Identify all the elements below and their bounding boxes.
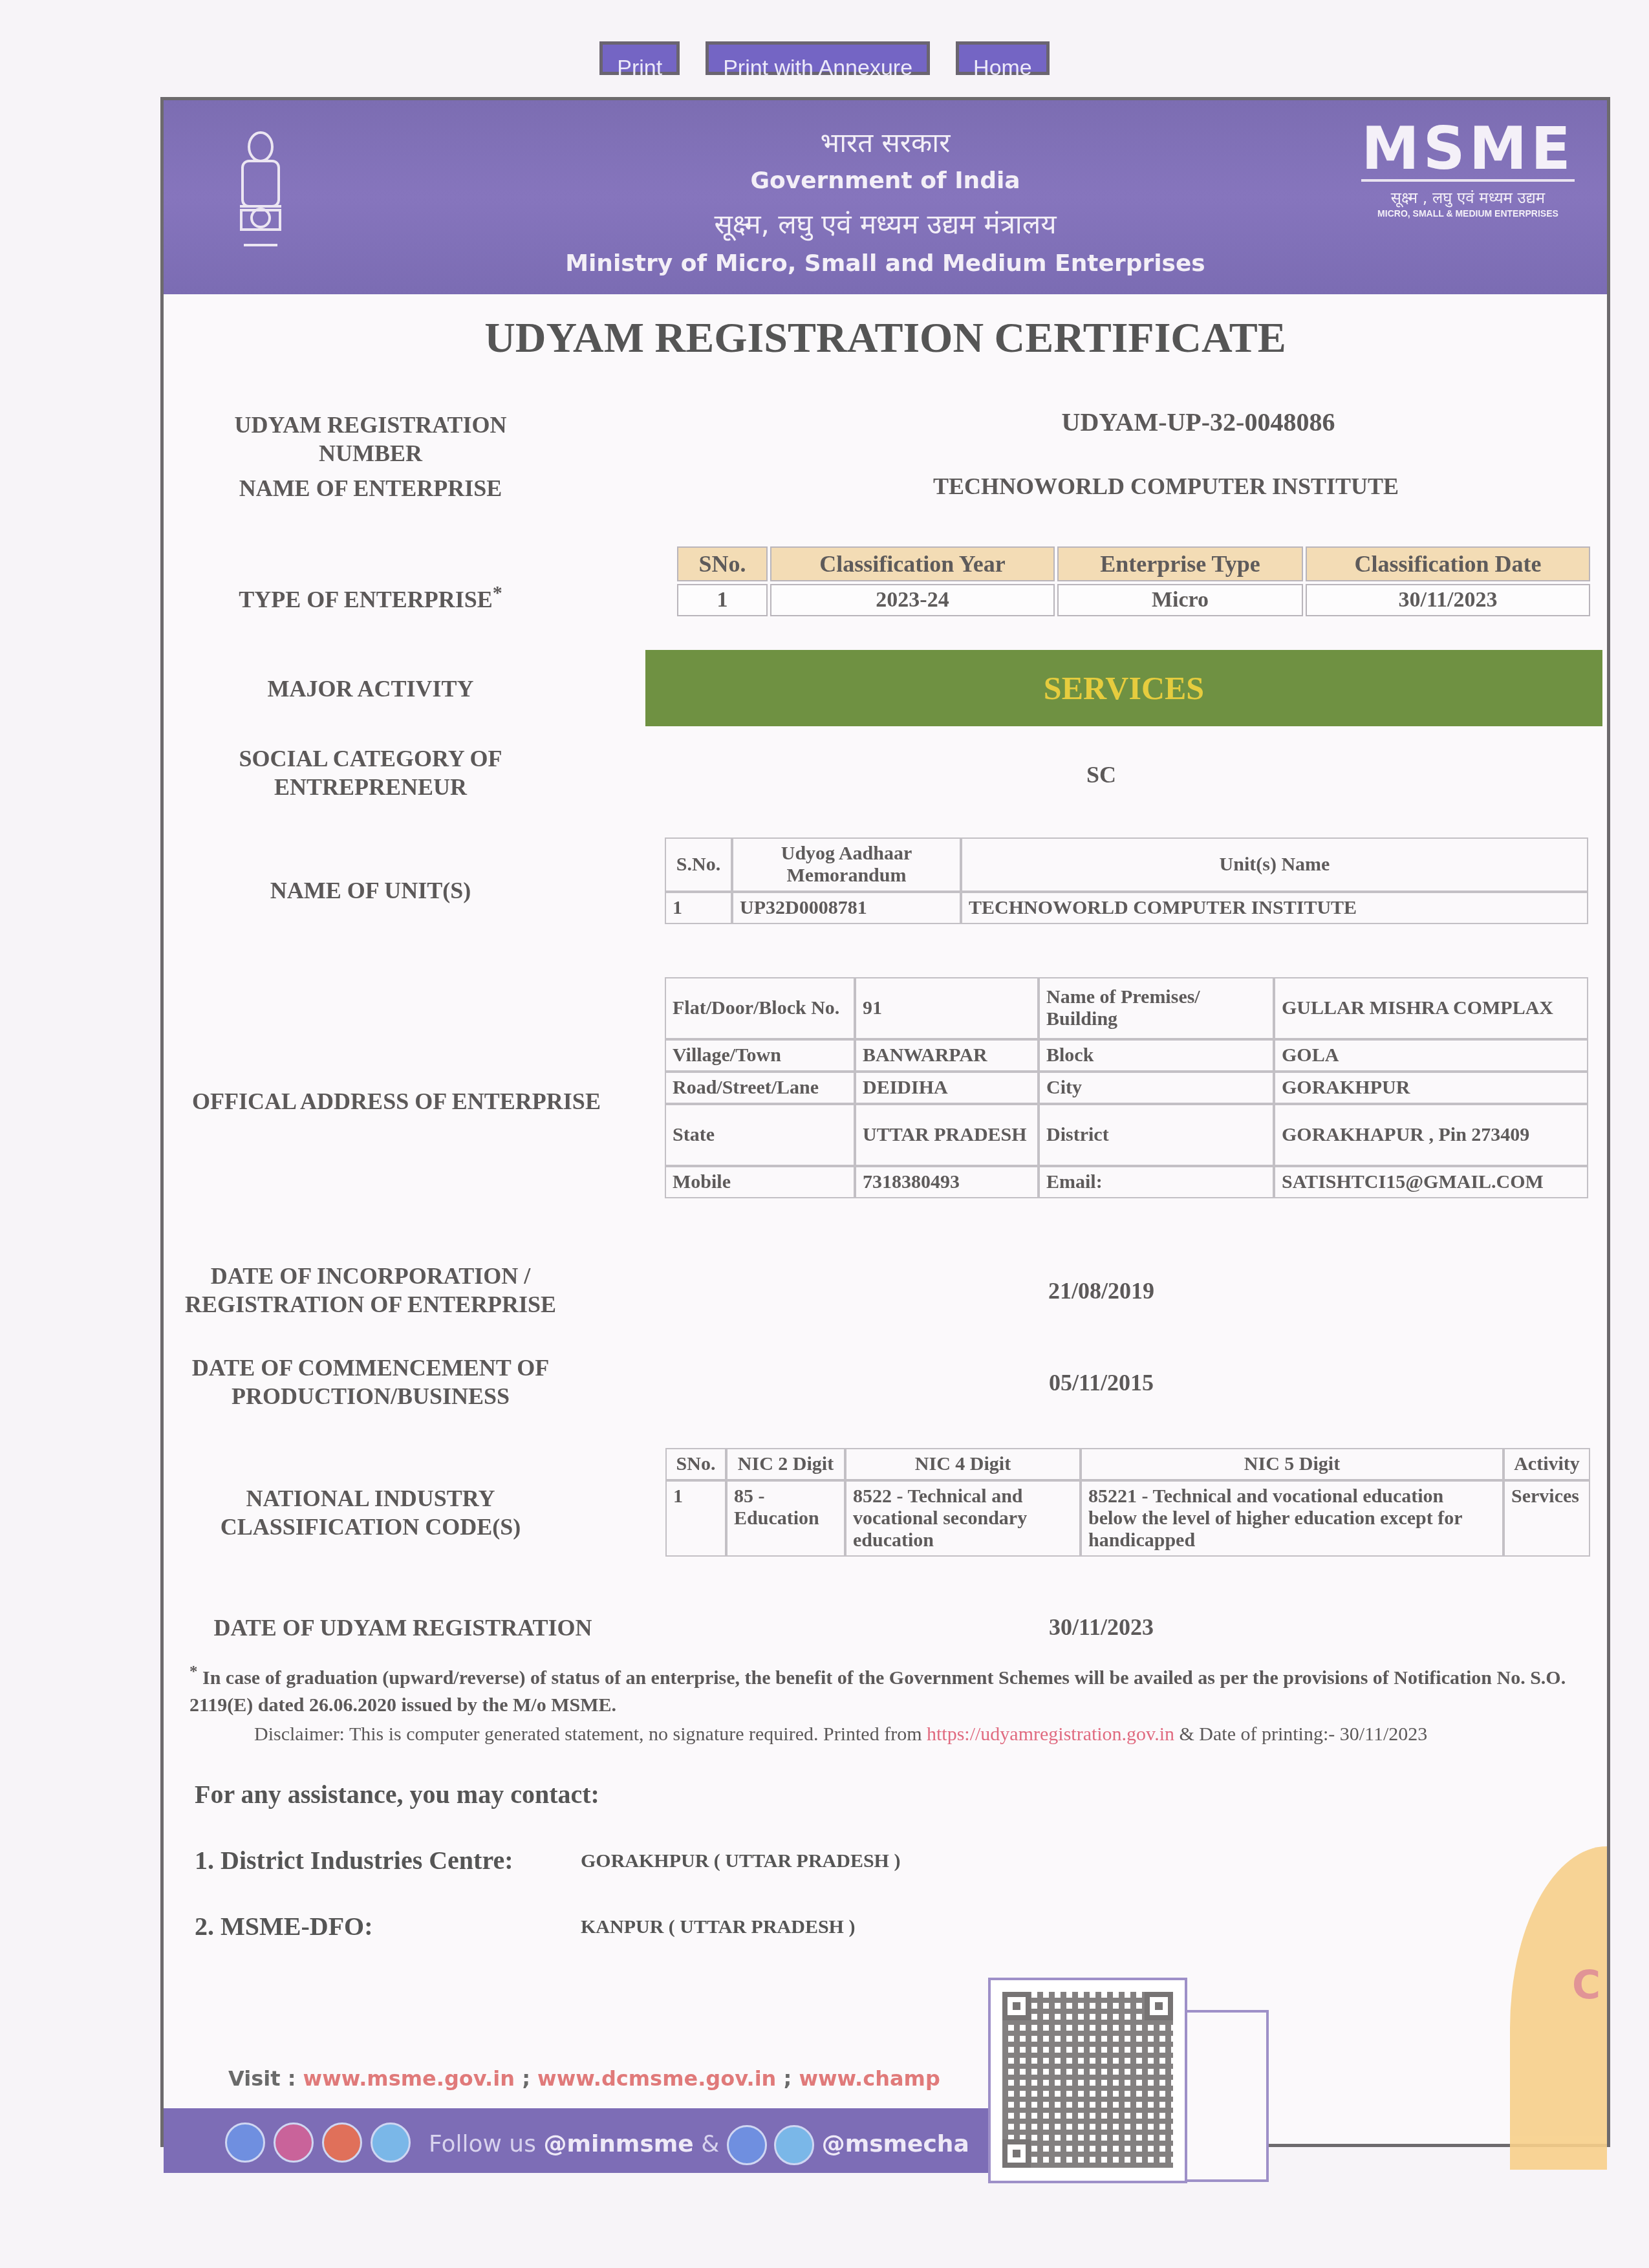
major-activity-value: SERVICES — [645, 650, 1602, 726]
cell: Mobile — [665, 1166, 855, 1198]
table-row: Road/Street/Lane DEIDIHA City GORAKHPUR — [665, 1072, 1588, 1104]
certificate: भारत सरकार Government of India सूक्ष्म, … — [160, 97, 1610, 2147]
cell: 85 - Education — [726, 1480, 845, 1557]
label-line: DATE OF INCORPORATION / — [183, 1262, 558, 1290]
udyam-date-label: DATE OF UDYAM REGISTRATION — [183, 1614, 623, 1642]
column-header: Udyog Aadhaar Memorandum — [732, 837, 961, 892]
cell: GULLAR MISHRA COMPLAX — [1274, 977, 1588, 1039]
cell: 30/11/2023 — [1306, 584, 1590, 616]
table-row: State UTTAR PRADESH District GORAKHAPUR … — [665, 1104, 1588, 1166]
table-header-row: S.No. Udyog Aadhaar Memorandum Unit(s) N… — [665, 837, 1588, 892]
cell: Email: — [1039, 1166, 1274, 1198]
cell: GOLA — [1274, 1039, 1588, 1072]
social-category-value: SC — [1004, 761, 1198, 788]
champions-link[interactable]: www.champ — [799, 2066, 940, 2091]
nic-label: NATIONAL INDUSTRY CLASSIFICATION CODE(S) — [183, 1484, 558, 1541]
commencement-label: DATE OF COMMENCEMENT OF PRODUCTION/BUSIN… — [183, 1354, 558, 1410]
disclaimer: Disclaimer: This is computer generated s… — [254, 1723, 1427, 1745]
cell: UP32D0008781 — [732, 892, 961, 924]
dic-label: 1. District Industries Centre: — [195, 1845, 513, 1875]
twitter-icon[interactable] — [371, 2122, 411, 2163]
cell: 91 — [855, 977, 1039, 1039]
classification-table: SNo. Classification Year Enterprise Type… — [674, 544, 1593, 619]
commencement-value: 05/11/2015 — [1004, 1369, 1198, 1396]
column-header: NIC 4 Digit — [845, 1448, 1081, 1480]
label-line: PRODUCTION/BUSINESS — [183, 1382, 558, 1410]
units-label: NAME OF UNIT(S) — [183, 876, 558, 905]
note-asterisk: * — [189, 1663, 198, 1681]
cell: District — [1039, 1104, 1274, 1166]
dcmsme-link[interactable]: www.dcmsme.gov.in — [537, 2066, 776, 2091]
table-row: Village/Town BANWARPAR Block GOLA — [665, 1039, 1588, 1072]
msme-logo: MSME सूक्ष्म , लघु एवं मध्यम उद्यम MICRO… — [1361, 124, 1575, 219]
column-header: Activity — [1503, 1448, 1590, 1480]
handle-minmsme[interactable]: @minmsme — [543, 2131, 693, 2157]
qr-frame-side — [1182, 2010, 1269, 2182]
decorative-letter: C — [1572, 1963, 1600, 2008]
visit-links: Visit : www.msme.gov.in ; www.dcmsme.gov… — [228, 2066, 940, 2091]
major-activity-label: MAJOR ACTIVITY — [183, 675, 558, 703]
dfo-value: KANPUR ( UTTAR PRADESH ) — [581, 1916, 855, 1938]
print-button[interactable]: Print — [599, 41, 680, 75]
cell: GORAKHPUR — [1274, 1072, 1588, 1104]
table-row: 1 2023-24 Micro 30/11/2023 — [677, 584, 1590, 616]
label-line: NATIONAL INDUSTRY — [183, 1484, 558, 1513]
handle-msmechampions[interactable]: @msmecha — [822, 2131, 969, 2157]
facebook-icon[interactable] — [225, 2122, 265, 2163]
column-header: NIC 5 Digit — [1081, 1448, 1503, 1480]
table-row: 1 85 - Education 8522 - Technical and vo… — [665, 1480, 1590, 1557]
column-header: NIC 2 Digit — [726, 1448, 845, 1480]
msme-link[interactable]: www.msme.gov.in — [303, 2066, 515, 2091]
column-header: Enterprise Type — [1057, 546, 1303, 581]
cell: Road/Street/Lane — [665, 1072, 855, 1104]
cell: 2023-24 — [770, 584, 1055, 616]
label-line: SOCIAL CATEGORY OF — [183, 744, 558, 773]
follow-prefix: Follow us — [429, 2131, 543, 2157]
incorporation-label: DATE OF INCORPORATION / REGISTRATION OF … — [183, 1262, 558, 1319]
youtube-icon[interactable] — [322, 2122, 362, 2163]
type-label: TYPE OF ENTERPRISE* — [183, 579, 558, 614]
social-category-label: SOCIAL CATEGORY OF ENTREPRENEUR — [183, 744, 558, 801]
cell: Village/Town — [665, 1039, 855, 1072]
cell: Services — [1503, 1480, 1590, 1557]
decorative-graphic: C — [1510, 1846, 1607, 2170]
dfo-label: 2. MSME-DFO: — [195, 1911, 373, 1941]
cell: City — [1039, 1072, 1274, 1104]
follow-amp: & — [694, 2131, 727, 2157]
reg-number-label: UDYAM REGISTRATION NUMBER — [183, 411, 558, 468]
enterprise-name-value: TECHNOWORLD COMPUTER INSTITUTE — [810, 473, 1522, 500]
table-row: Mobile 7318380493 Email: SATISHTCI15@GMA… — [665, 1166, 1588, 1198]
label-line: CLASSIFICATION CODE(S) — [183, 1513, 558, 1541]
table-header-row: SNo. NIC 2 Digit NIC 4 Digit NIC 5 Digit… — [665, 1448, 1590, 1480]
cell: Block — [1039, 1039, 1274, 1072]
dic-value: GORAKHPUR ( UTTAR PRADESH ) — [581, 1850, 900, 1872]
home-button[interactable]: Home — [956, 41, 1050, 75]
cell: State — [665, 1104, 855, 1166]
assistance-heading: For any assistance, you may contact: — [195, 1779, 599, 1809]
cell: 1 — [665, 892, 732, 924]
msme-logo-mark: MSME — [1361, 124, 1575, 182]
cell: SATISHTCI15@GMAIL.COM — [1274, 1166, 1588, 1198]
column-header: SNo. — [677, 546, 768, 581]
cell: DEIDIHA — [855, 1072, 1039, 1104]
ministry-text: Ministry of Micro, Small and Medium Ente… — [164, 250, 1607, 277]
cell: TECHNOWORLD COMPUTER INSTITUTE — [961, 892, 1588, 924]
column-header: Classification Date — [1306, 546, 1590, 581]
cell: Flat/Door/Block No. — [665, 977, 855, 1039]
cell: Name of Premises/ Building — [1039, 977, 1274, 1039]
nic-table: SNo. NIC 2 Digit NIC 4 Digit NIC 5 Digit… — [665, 1448, 1590, 1557]
column-header: S.No. — [665, 837, 732, 892]
msme-logo-english: MICRO, SMALL & MEDIUM ENTERPRISES — [1361, 208, 1575, 219]
cell: 7318380493 — [855, 1166, 1039, 1198]
instagram-icon[interactable] — [274, 2122, 314, 2163]
label-line: ENTREPRENEUR — [183, 773, 558, 801]
type-asterisk: * — [493, 582, 502, 603]
units-table: S.No. Udyog Aadhaar Memorandum Unit(s) N… — [665, 837, 1588, 924]
column-header: Unit(s) Name — [961, 837, 1588, 892]
label-line: DATE OF COMMENCEMENT OF — [183, 1354, 558, 1382]
cell: Micro — [1057, 584, 1303, 616]
cell: 85221 - Technical and vocational educati… — [1081, 1480, 1503, 1557]
udyam-date-value: 30/11/2023 — [1004, 1614, 1198, 1641]
cell: GORAKHAPUR , Pin 273409 — [1274, 1104, 1588, 1166]
address-label: OFFICAL ADDRESS OF ENTERPRISE — [177, 1087, 616, 1116]
qr-frame — [988, 1978, 1187, 2183]
note-text: In case of graduation (upward/reverse) o… — [189, 1667, 1566, 1716]
certificate-title: UDYAM REGISTRATION CERTIFICATE — [164, 314, 1607, 363]
certificate-header: भारत सरकार Government of India सूक्ष्म, … — [164, 100, 1607, 294]
follow-text: Follow us @minmsme & @msmecha — [429, 2125, 969, 2165]
twitter-icon[interactable] — [774, 2125, 814, 2165]
qr-code-icon — [1002, 1992, 1173, 2168]
toolbar: Print Print with Annexure Home — [0, 41, 1649, 75]
cell: 1 — [665, 1480, 726, 1557]
facebook-icon[interactable] — [727, 2125, 767, 2165]
cell: BANWARPAR — [855, 1039, 1039, 1072]
udyam-registration-link[interactable]: https://udyamregistration.gov.in — [927, 1723, 1174, 1745]
column-header: Classification Year — [770, 546, 1055, 581]
address-table: Flat/Door/Block No. 91 Name of Premises/… — [665, 977, 1588, 1198]
table-row: 1 UP32D0008781 TECHNOWORLD COMPUTER INST… — [665, 892, 1588, 924]
reg-number-value: UDYAM-UP-32-0048086 — [875, 407, 1522, 437]
msme-logo-hindi: सूक्ष्म , लघु एवं मध्यम उद्यम — [1361, 187, 1575, 208]
cell: 1 — [677, 584, 768, 616]
enterprise-name-label: NAME OF ENTERPRISE — [183, 474, 558, 502]
cell: UTTAR PRADESH — [855, 1104, 1039, 1166]
table-row: Flat/Door/Block No. 91 Name of Premises/… — [665, 977, 1588, 1039]
print-with-annexure-button[interactable]: Print with Annexure — [706, 41, 930, 75]
visit-label: Visit : — [228, 2066, 303, 2091]
table-header-row: SNo. Classification Year Enterprise Type… — [677, 546, 1590, 581]
incorporation-value: 21/08/2019 — [1004, 1277, 1198, 1304]
graduation-note: * In case of graduation (upward/reverse)… — [189, 1659, 1580, 1719]
cell: 8522 - Technical and vocational secondar… — [845, 1480, 1081, 1557]
type-label-text: TYPE OF ENTERPRISE — [239, 587, 493, 612]
disclaimer-suffix: & Date of printing:- 30/11/2023 — [1174, 1723, 1427, 1745]
disclaimer-prefix: Disclaimer: This is computer generated s… — [254, 1723, 927, 1745]
column-header: SNo. — [665, 1448, 726, 1480]
label-line: REGISTRATION OF ENTERPRISE — [183, 1290, 558, 1319]
